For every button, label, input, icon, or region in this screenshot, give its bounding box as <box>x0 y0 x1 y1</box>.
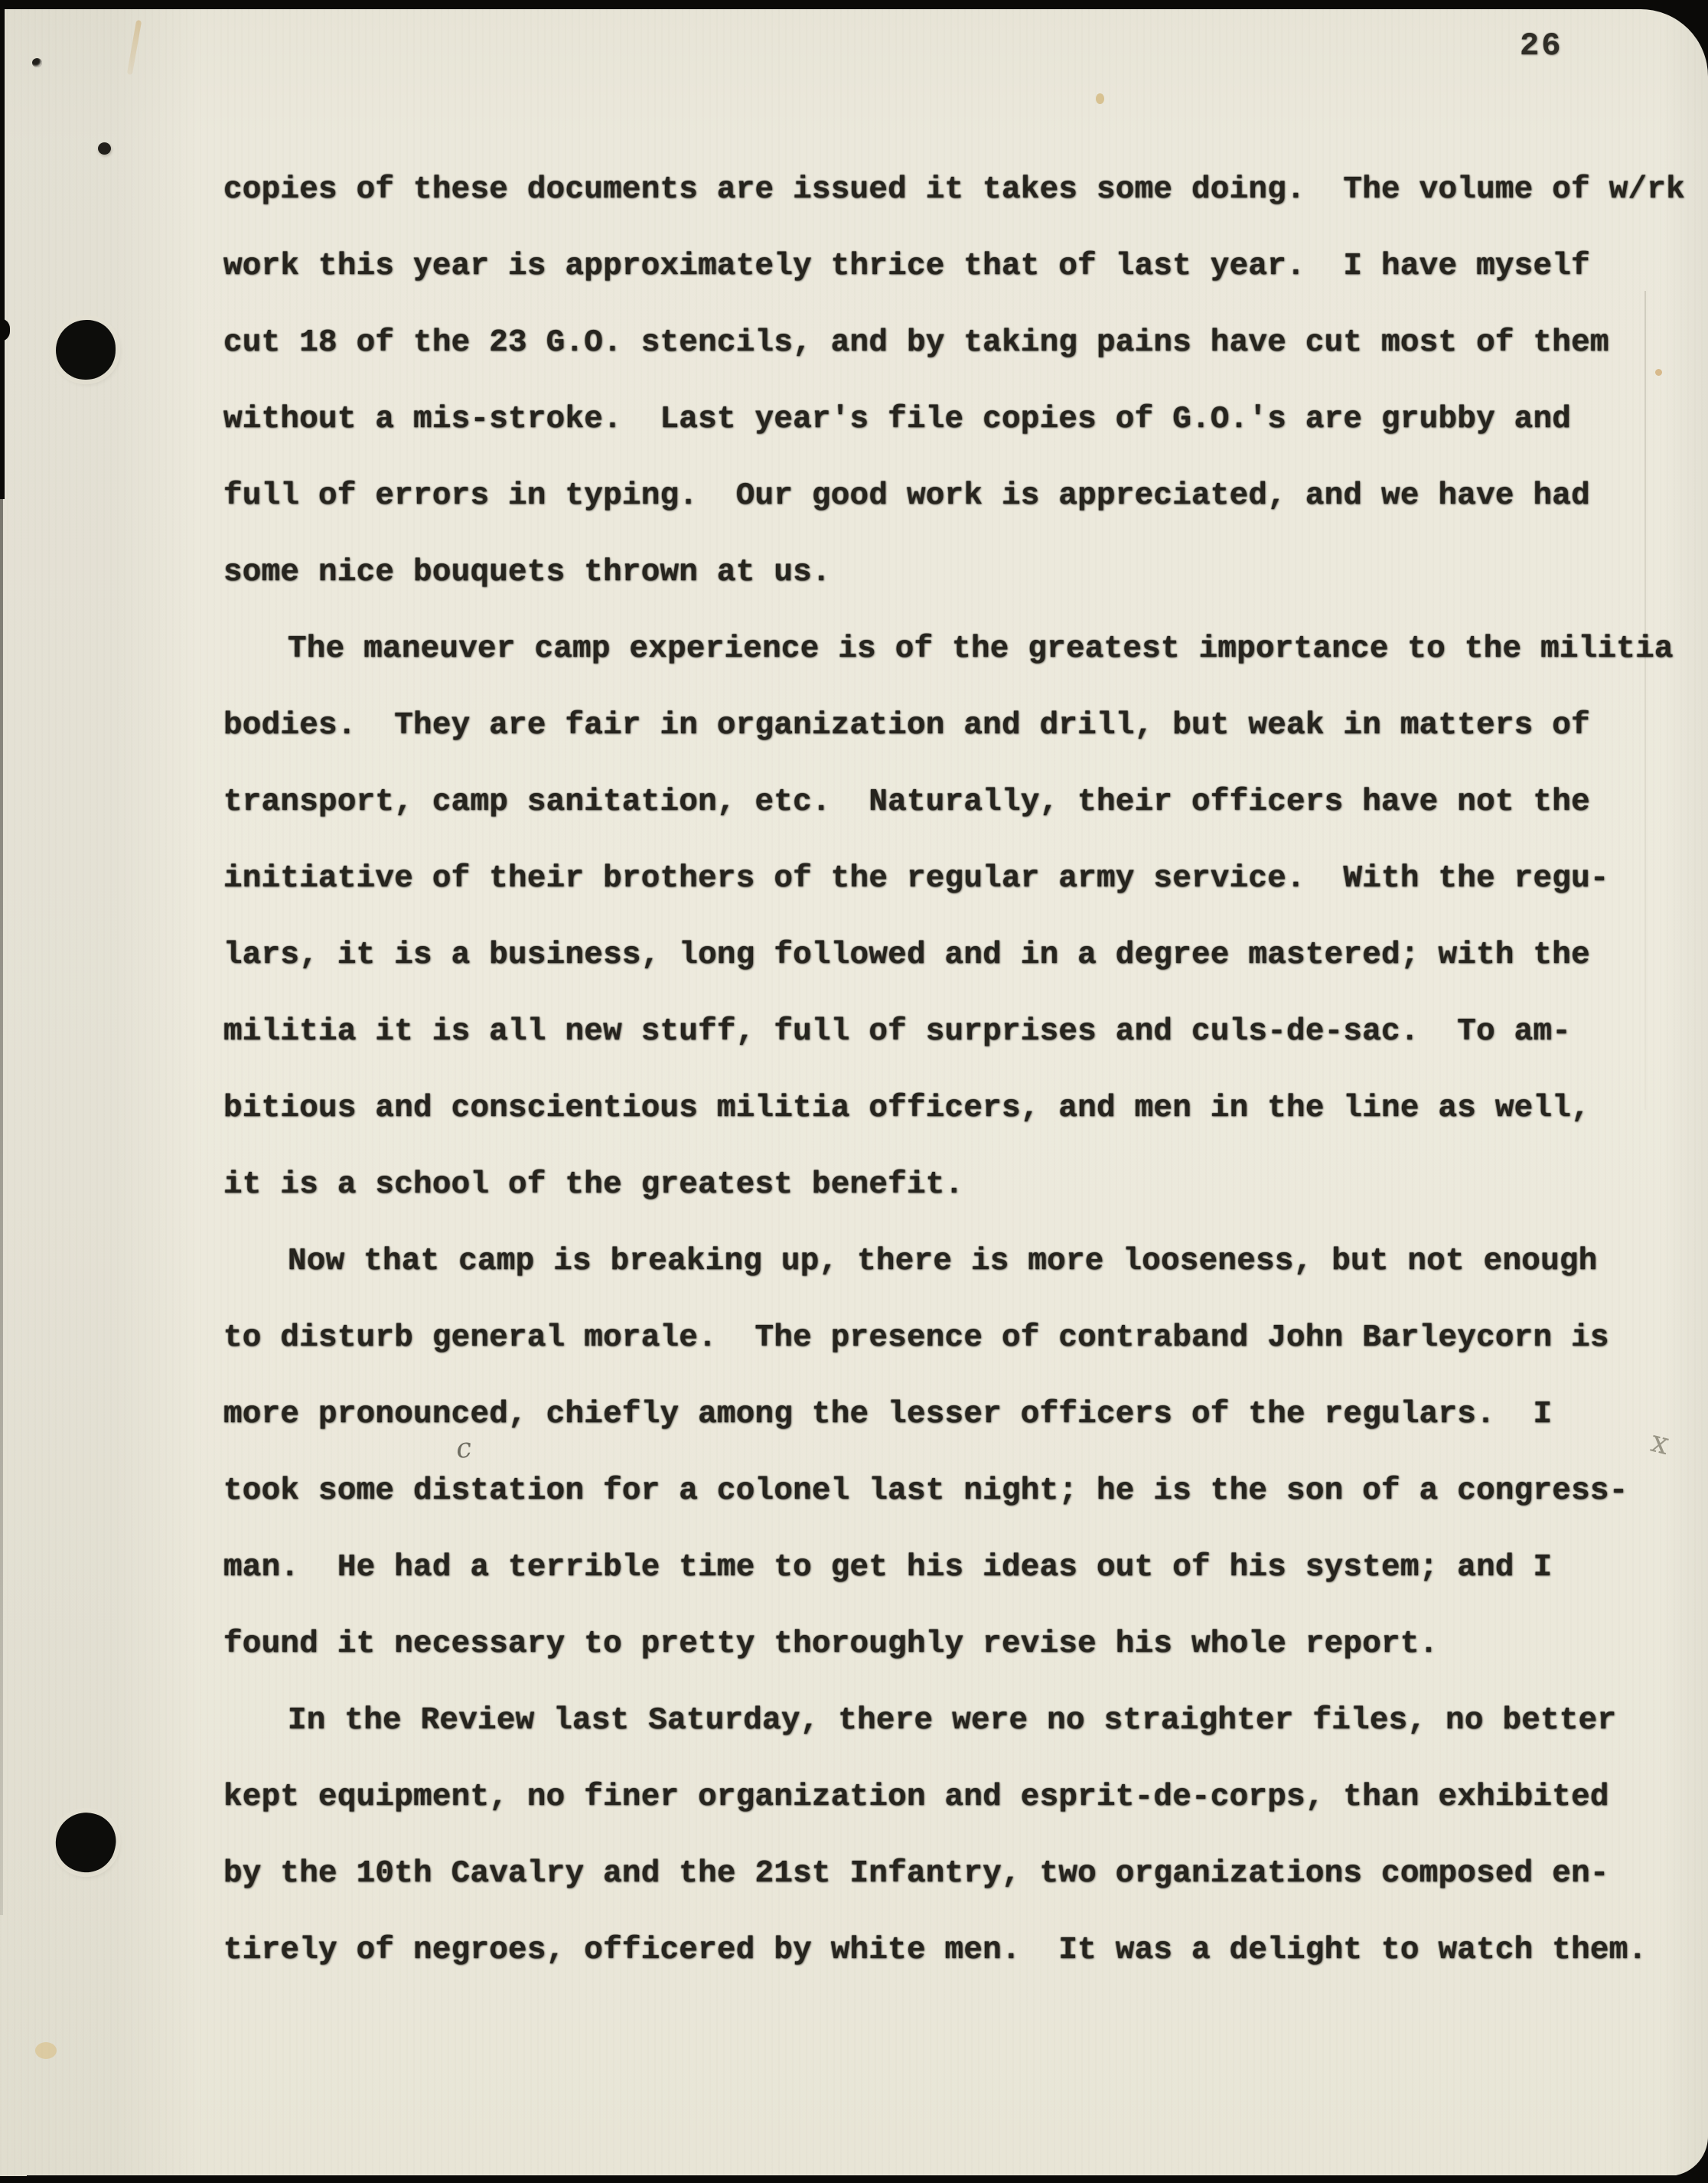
punch-hole-top <box>56 320 116 380</box>
text-line: tirely of negroes, officered by white me… <box>223 1912 1702 1989</box>
text-line: man. He had a terrible time to get his i… <box>223 1529 1702 1606</box>
text-line-paragraph-start: The maneuver camp experience is of the g… <box>223 611 1702 687</box>
text-line: by the 10th Cavalry and the 21st Infantr… <box>223 1835 1702 1912</box>
text-line: took some distation for a colonel last n… <box>223 1453 1702 1529</box>
text-line: lars, it is a business, long followed an… <box>223 917 1702 994</box>
text-line: found it necessary to pretty thoroughly … <box>223 1606 1702 1682</box>
scan-edge-bottom <box>27 2175 1708 2183</box>
paper-stain <box>1096 93 1104 104</box>
text-line: kept equipment, no finer organization an… <box>223 1759 1702 1835</box>
text-line: full of errors in typing. Our good work … <box>223 458 1702 534</box>
page-number: 26 <box>1520 28 1563 64</box>
text-line: transport, camp sanitation, etc. Natural… <box>223 764 1702 840</box>
text-line: copies of these documents are issued it … <box>223 152 1702 228</box>
text-line: militia it is all new stuff, full of sur… <box>223 994 1702 1070</box>
text-line: initiative of their brothers of the regu… <box>223 840 1702 917</box>
text-line: work this year is approximately thrice t… <box>223 228 1702 305</box>
text-line: bitious and conscientious militia office… <box>223 1070 1702 1147</box>
paper-speck <box>98 142 111 155</box>
paper-stain <box>35 2042 57 2059</box>
text-line: without a mis-stroke. Last year's file c… <box>223 381 1702 458</box>
typed-text-block: copies of these documents are issued it … <box>223 152 1702 1989</box>
paper-speck <box>32 58 42 67</box>
handwritten-correction-c: c <box>455 1432 473 1465</box>
text-line: some nice bouquets thrown at us. <box>223 534 1702 611</box>
text-line: to disturb general morale. The presence … <box>223 1300 1702 1376</box>
text-line-paragraph-start: Now that camp is breaking up, there is m… <box>223 1223 1702 1300</box>
text-line: more pronounced, chiefly among the lesse… <box>223 1376 1702 1453</box>
text-line: it is a school of the greatest benefit. <box>223 1147 1702 1223</box>
text-line: bodies. They are fair in organization an… <box>223 687 1702 764</box>
text-line: cut 18 of the 23 G.O. stencils, and by t… <box>223 305 1702 381</box>
scan-edge-left-shadow <box>0 499 3 1915</box>
text-line-paragraph-start: In the Review last Saturday, there were … <box>223 1682 1702 1759</box>
scan-edge-left <box>0 0 5 499</box>
